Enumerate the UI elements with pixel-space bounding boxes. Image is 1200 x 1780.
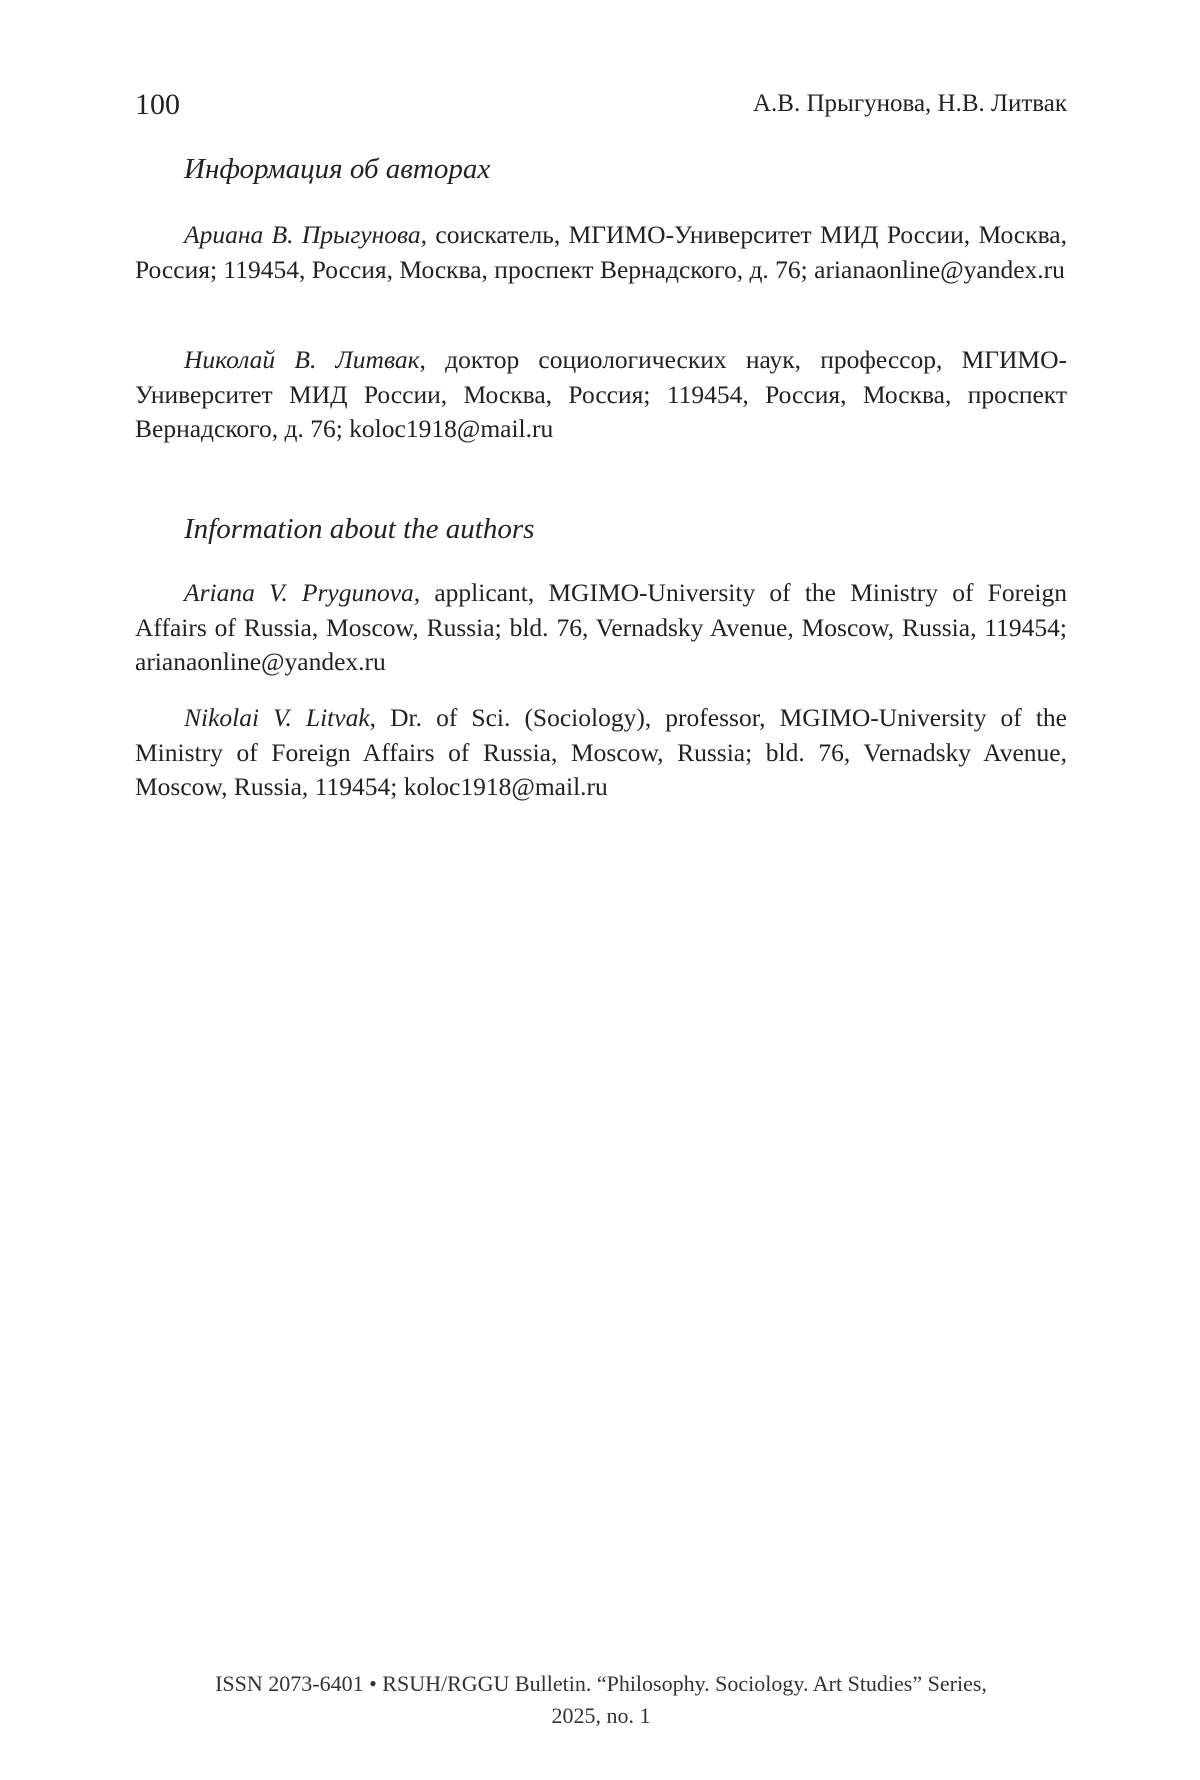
author-info-english-1: Ariana V. Prygunova, applicant, MGIMO-Un… (135, 576, 1067, 680)
section-heading-russian: Информация об авторах (184, 153, 490, 186)
author-name: Николай В. Литвак (184, 345, 420, 374)
footer-line-2: 2025, no. 1 (135, 1700, 1067, 1732)
author-name: Ариана В. Прыгунова, (184, 220, 427, 249)
author-name: Ariana V. Prygunova, (184, 578, 420, 607)
section-heading-english: Information about the authors (184, 513, 534, 546)
author-name: Nikolai V. Litvak (184, 703, 370, 732)
author-info-russian-2: Николай В. Литвак, доктор социологически… (135, 343, 1067, 447)
author-info-english-2: Nikolai V. Litvak, Dr. of Sci. (Sociolog… (135, 701, 1067, 805)
page-number: 100 (135, 88, 180, 122)
running-head: 100 А.В. Прыгунова, Н.В. Литвак (135, 88, 1067, 122)
author-info-russian-1: Ариана В. Прыгунова, соискатель, МГИМО-У… (135, 218, 1067, 287)
footer-line-1: ISSN 2073-6401 • RSUH/RGGU Bulletin. “Ph… (135, 1668, 1067, 1700)
journal-footer: ISSN 2073-6401 • RSUH/RGGU Bulletin. “Ph… (135, 1668, 1067, 1732)
running-title: А.В. Прыгунова, Н.В. Литвак (753, 90, 1067, 118)
